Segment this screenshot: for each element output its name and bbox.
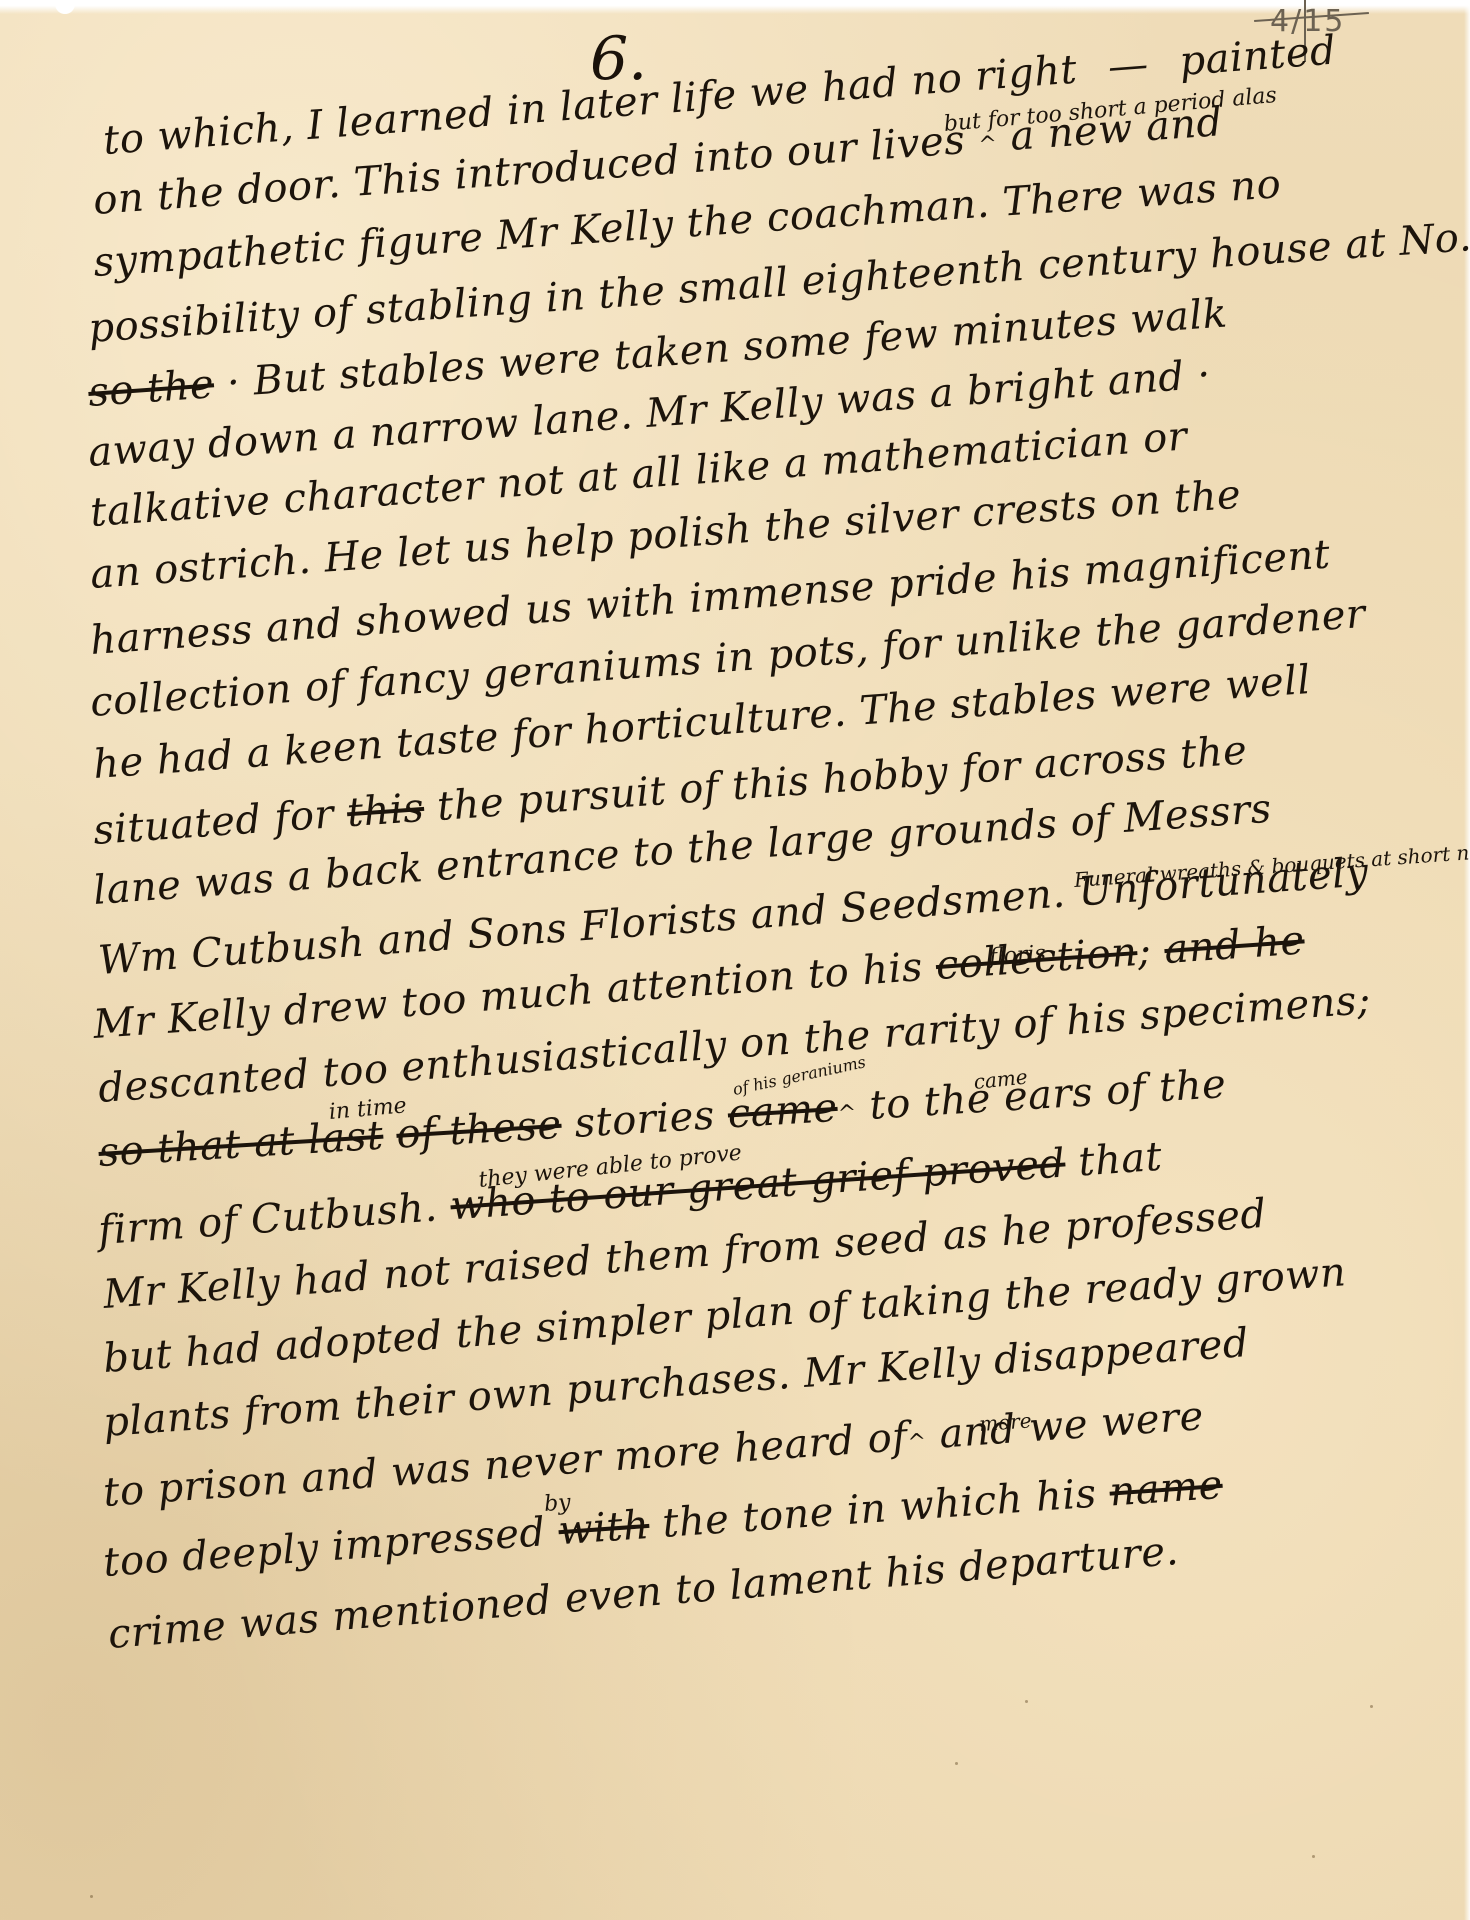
line-text: painted	[1178, 28, 1338, 85]
line-text: and we were	[938, 1393, 1205, 1457]
deleted-text: name	[1108, 1462, 1224, 1516]
deleted-text: this	[345, 785, 425, 836]
insertion-caret: ^	[907, 1430, 928, 1456]
deleted-text: and he	[1163, 917, 1306, 973]
deleted-dash: —	[1106, 41, 1150, 90]
line-text: firm of Cutbush.	[97, 1184, 439, 1254]
paper-fleck	[1370, 1705, 1373, 1708]
line-text: stories	[573, 1092, 716, 1146]
page-edge-shadow	[1464, 0, 1470, 1920]
manuscript-page: 6. 4/15 but for too short a period alas …	[0, 0, 1470, 1920]
deleted-text: of these	[395, 1102, 563, 1158]
paper-fleck	[955, 1762, 958, 1765]
insertion-caret: ^	[837, 1101, 857, 1127]
paper-fleck	[90, 1895, 93, 1898]
line-text: too deeply impressed	[102, 1509, 547, 1586]
line-text: to the ears of the	[868, 1061, 1227, 1129]
line-text: ;	[1136, 928, 1153, 975]
paper-fleck	[1312, 1855, 1315, 1858]
deleted-text: so that at last	[97, 1113, 384, 1176]
insertion-caret: ^	[978, 132, 999, 158]
torn-top-edge	[0, 0, 1470, 14]
deleted-text: with	[557, 1502, 651, 1554]
deleted-text: so the	[87, 361, 216, 416]
deleted-text: came	[726, 1085, 838, 1138]
line-text: situated for	[92, 791, 336, 854]
line-text: that	[1077, 1134, 1164, 1186]
deleted-text: collection	[934, 929, 1139, 989]
line-text: the tone in which his	[661, 1471, 1098, 1547]
paper-fleck	[1025, 1700, 1028, 1703]
